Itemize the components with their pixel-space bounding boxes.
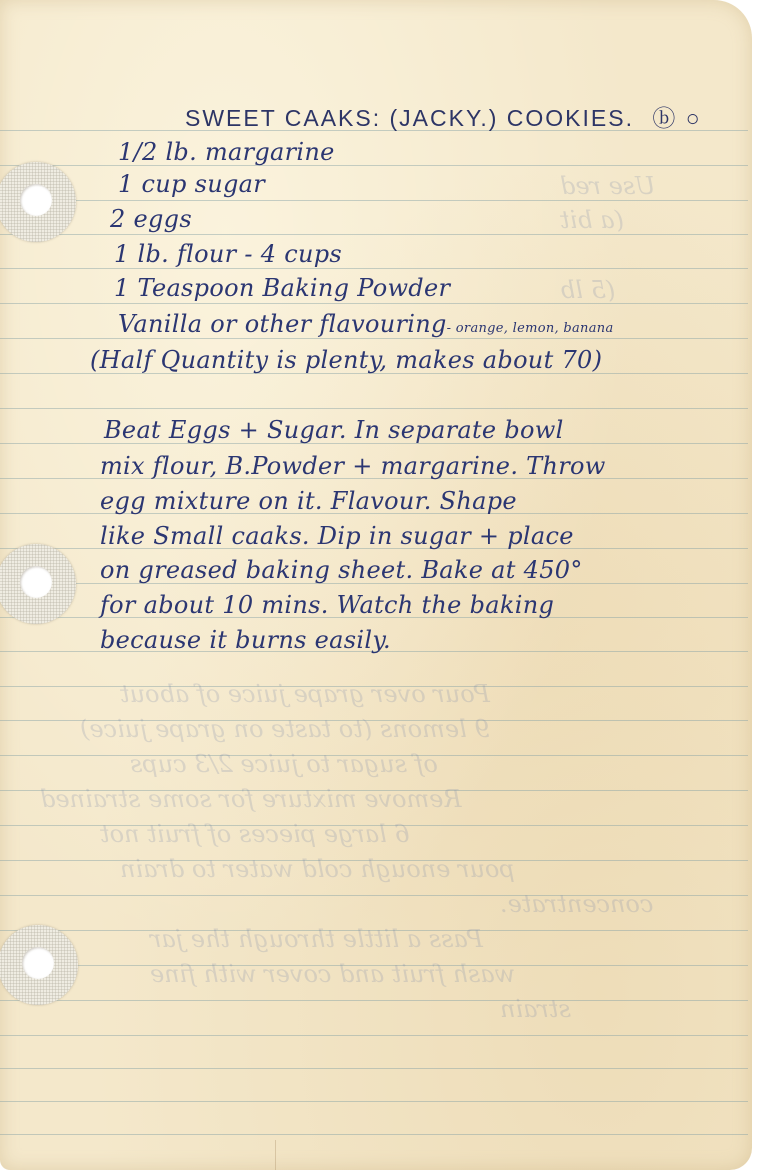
quantity-note: (Half Quantity is plenty, makes about 70… <box>90 346 602 374</box>
method-line: like Small caaks. Dip in sugar + place <box>100 522 574 550</box>
ingredient-item: 1 Teaspoon Baking Powder <box>114 274 450 302</box>
ingredient-item: Vanilla or other flavouring- orange, lem… <box>118 310 614 338</box>
method-line: Beat Eggs + Sugar. In separate bowl <box>104 416 564 444</box>
ingredient-item: 1 cup sugar <box>118 170 265 198</box>
ingredient-item: 1/2 lb. margarine <box>118 138 335 166</box>
method-line: for about 10 mins. Watch the baking <box>100 591 554 619</box>
binder-hole-bottom <box>0 925 78 1005</box>
binder-hole-top <box>0 162 76 242</box>
flavouring-text: Vanilla or other flavouring <box>118 310 447 338</box>
title-marks: ⓑ ○ <box>652 105 701 131</box>
ingredient-item: 1 lb. flour - 4 cups <box>114 240 342 268</box>
binder-hole-middle <box>0 544 76 624</box>
method-line: on greased baking sheet. Bake at 450° <box>100 556 583 584</box>
paper-crease <box>275 1140 276 1170</box>
method-line: because it burns easily. <box>100 626 391 654</box>
flavouring-note: - orange, lemon, banana <box>447 321 614 336</box>
recipe-page: Use red (a bit (5 lb Pour over grape jui… <box>0 0 752 1170</box>
ingredient-item: 2 eggs <box>110 205 192 233</box>
method-line: mix flour, B.Powder + margarine. Throw <box>100 452 606 480</box>
method-line: egg mixture on it. Flavour. Shape <box>100 487 517 515</box>
title-text: SWEET CAAKS: (JACKY.) COOKIES. <box>185 105 634 131</box>
recipe-title: SWEET CAAKS: (JACKY.) COOKIES. ⓑ ○ <box>185 100 702 133</box>
